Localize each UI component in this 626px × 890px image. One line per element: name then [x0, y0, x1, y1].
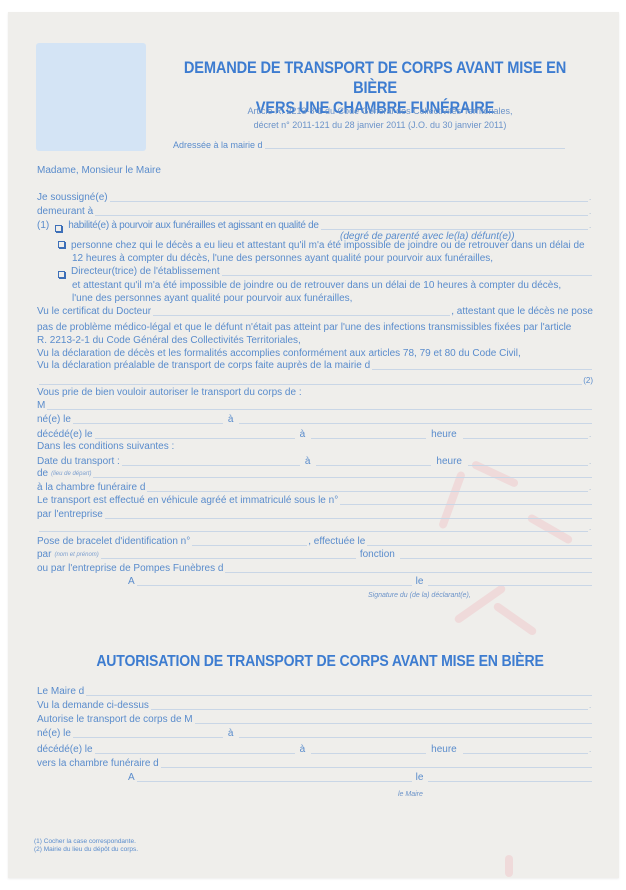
seen-request-field[interactable]	[151, 701, 588, 710]
vehicle-row: Le transport est effectué en véhicule ag…	[37, 494, 593, 507]
departure-field[interactable]	[93, 469, 592, 478]
auth-born-on-label: né(e) le	[37, 728, 71, 740]
auth-born-row: né(e) le à	[37, 727, 593, 740]
auth-date-field[interactable]	[428, 773, 592, 782]
transport-date-field[interactable]	[122, 457, 300, 466]
request-text: Vous prie de bien vouloir autoriser le t…	[37, 387, 302, 399]
auth-chamber-field[interactable]	[161, 759, 592, 768]
residing-row: demeurant à .	[37, 205, 593, 218]
funeral-company-label: ou par l'entreprise de Pompes Funèbres d	[37, 563, 223, 575]
auth-died-at-label: à	[300, 744, 306, 756]
certificate-row: Vu le certificat du Docteur , attestant …	[37, 305, 593, 318]
legal-reference-line2: décret n° 2011-121 du 28 janvier 2011 (J…	[200, 118, 560, 132]
born-at-label: à	[228, 414, 234, 426]
chamber-field[interactable]	[147, 483, 588, 492]
prior-declaration-field[interactable]	[372, 361, 592, 370]
bracelet-label: Pose de bracelet d'identification n°	[37, 536, 190, 548]
mayor-row: Le Maire d	[37, 685, 593, 698]
line-end-dot: .	[589, 220, 593, 232]
legal-reference-line1: Article R. 2213-8-1 du Code Général des …	[200, 104, 560, 118]
option3-line3: l'une des personnes ayant qualité pour p…	[72, 293, 352, 305]
born-row: né(e) le à	[37, 413, 593, 426]
photo-placeholder	[36, 43, 146, 151]
option3-label: Directeur(trice) de l'établissement	[71, 266, 220, 278]
line-end-dot: .	[589, 206, 593, 218]
place-date-row: A le	[128, 575, 593, 588]
line-end-dot: .	[589, 700, 593, 712]
doctor-field[interactable]	[153, 307, 450, 316]
prior-declaration-row: Vu la déclaration préalable de transport…	[37, 359, 593, 372]
auth-place-field[interactable]	[137, 773, 412, 782]
option2-line2: 12 heures à compter du décès, l'une des …	[72, 253, 493, 265]
auth-birth-place-field[interactable]	[239, 729, 592, 738]
function-field[interactable]	[400, 550, 592, 559]
residing-label: demeurant à	[37, 206, 93, 218]
death-place-field[interactable]	[311, 430, 426, 439]
transport-hour-field[interactable]	[468, 457, 588, 466]
watermark-mark	[505, 855, 513, 877]
auth-place-date-row: A le	[128, 771, 593, 784]
transport-place-field[interactable]	[316, 457, 431, 466]
deceased-name-row: M	[37, 399, 593, 412]
place-field[interactable]	[137, 577, 412, 586]
auth-hour-field[interactable]	[463, 745, 588, 754]
performed-on-label: , effectuée le	[308, 536, 365, 548]
birth-place-field[interactable]	[239, 415, 592, 424]
auth-chamber-row: vers la chambre funéraire d	[37, 757, 593, 770]
deceased-name-field[interactable]	[47, 401, 592, 410]
auth-death-place-field[interactable]	[311, 745, 426, 754]
chamber-row: à la chambre funéraire d .	[37, 481, 593, 494]
note-marker-1: (1)	[37, 220, 49, 232]
addressed-to-row: Adressée à la mairie d	[173, 138, 566, 151]
option3-field[interactable]	[222, 267, 592, 276]
seen-request-label: Vu la demande ci-dessus	[37, 700, 149, 712]
to-chamber-label: à la chambre funéraire d	[37, 482, 145, 494]
seen-request-row: Vu la demande ci-dessus .	[37, 699, 593, 712]
signature-declarant-label: Signature du (de la) déclarant(e),	[368, 590, 471, 602]
company-field-2[interactable]	[39, 523, 588, 532]
died-on-label: décédé(e) le	[37, 429, 93, 441]
mayor-field[interactable]	[86, 687, 592, 696]
auth-date-label: le	[416, 772, 424, 784]
undersigned-field[interactable]	[110, 193, 588, 202]
undersigned-row: Je soussigné(e) .	[37, 191, 593, 204]
signature-mayor-label: le Maire	[398, 789, 423, 801]
function-label: fonction	[360, 549, 395, 561]
bracelet-row: Pose de bracelet d'identification n° , e…	[37, 535, 593, 548]
option2-checkbox[interactable]	[58, 241, 65, 248]
funeral-company-field[interactable]	[225, 564, 592, 573]
company-label: par l'entreprise	[37, 509, 103, 521]
line-end-dot: .	[589, 192, 593, 204]
performed-date-field[interactable]	[367, 537, 592, 546]
legal-reference: Article R. 2213-8-1 du Code Général des …	[200, 104, 560, 132]
date-label: le	[416, 576, 424, 588]
place-label: A	[128, 576, 135, 588]
salutation: Madame, Monsieur le Maire	[37, 165, 161, 177]
residing-field[interactable]	[95, 207, 588, 216]
authorization-title: AUTORISATION DE TRANSPORT DE CORPS AVANT…	[91, 652, 549, 672]
from-hint: (lieu de départ)	[51, 468, 91, 480]
certificate-label: Vu le certificat du Docteur	[37, 306, 151, 318]
death-hour-label: heure	[431, 429, 457, 441]
from-label: de	[37, 468, 48, 480]
auth-birth-date-field[interactable]	[73, 729, 223, 738]
option1-field[interactable]	[321, 221, 588, 230]
auth-died-on-label: décédé(e) le	[37, 744, 93, 756]
prior-declaration-row2: (2)	[37, 374, 593, 387]
option3-checkbox[interactable]	[58, 271, 65, 278]
company-row-2: .	[37, 521, 593, 534]
option2-line1: personne chez qui le décès a eu lieu et …	[71, 240, 585, 251]
funeral-company-row: ou par l'entreprise de Pompes Funèbres d	[37, 562, 593, 575]
company-row: par l'entreprise	[37, 508, 593, 521]
by-hint: (nom et prénom)	[54, 549, 98, 561]
auth-born-at-label: à	[228, 728, 234, 740]
note-marker-2: (2)	[583, 375, 593, 387]
option1-checkbox[interactable]	[55, 225, 62, 232]
authorizes-label: Autorise le transport de corps de M	[37, 714, 193, 726]
auth-death-date-field[interactable]	[95, 745, 295, 754]
company-field[interactable]	[105, 510, 592, 519]
option3-row: Directeur(trice) de l'établissement	[58, 265, 593, 278]
line-end-dot: .	[589, 482, 593, 494]
line-end-dot: .	[589, 744, 593, 756]
option3-line2: et attestant qu'il m'a été impossible de…	[72, 280, 561, 292]
authorizes-row: Autorise le transport de corps de M	[37, 713, 593, 726]
auth-hour-label: heure	[431, 744, 457, 756]
vehicle-number-field[interactable]	[340, 496, 592, 505]
certificate-line2: pas de problème médico-légal et que le d…	[37, 322, 571, 334]
line-end-dot: .	[589, 522, 593, 534]
by-label: par	[37, 549, 51, 561]
auth-died-row: décédé(e) le à heure .	[37, 743, 593, 756]
bracelet-number-field[interactable]	[192, 537, 307, 546]
birth-date-field[interactable]	[73, 415, 223, 424]
performer-name-field[interactable]	[101, 550, 356, 559]
option1-label: habilité(e) à pourvoir aux funérailles e…	[68, 220, 318, 232]
vehicle-label: Le transport est effectué en véhicule ag…	[37, 495, 338, 507]
prior-declaration-field-2[interactable]	[39, 376, 582, 385]
form-title-line1: DEMANDE DE TRANSPORT DE CORPS AVANT MISE…	[182, 58, 569, 98]
addressed-to-field[interactable]	[265, 140, 565, 149]
performed-by-row: par (nom et prénom) fonction	[37, 548, 593, 561]
undersigned-label: Je soussigné(e)	[37, 192, 108, 204]
auth-to-chamber-label: vers la chambre funéraire d	[37, 758, 159, 770]
footnote-2: (2) Mairie du lieu du dépôt du corps.	[34, 846, 138, 854]
death-date-field[interactable]	[95, 430, 295, 439]
mayor-of-label: Le Maire d	[37, 686, 84, 698]
conditions-text: Dans les conditions suivantes :	[37, 441, 174, 453]
authorized-name-field[interactable]	[195, 715, 592, 724]
date-field[interactable]	[428, 577, 592, 586]
auth-place-label: A	[128, 772, 135, 784]
prior-declaration-label: Vu la déclaration préalable de transport…	[37, 360, 370, 372]
line-end-dot: .	[589, 429, 593, 441]
option2: personne chez qui le décès a eu lieu et …	[58, 240, 585, 252]
died-row: décédé(e) le à heure .	[37, 428, 593, 441]
departure-row: de (lieu de départ)	[37, 467, 593, 480]
certificate-line3: R. 2213-2-1 du Code Général des Collecti…	[37, 335, 301, 347]
mr-label: M	[37, 400, 45, 412]
footnote-1: (1) Cocher la case correspondante.	[34, 838, 136, 846]
addressed-to-label: Adressée à la mairie d	[173, 139, 263, 151]
death-hour-field[interactable]	[463, 430, 588, 439]
certificate-suffix: , attestant que le décès ne pose	[451, 306, 593, 318]
died-at-label: à	[300, 429, 306, 441]
born-on-label: né(e) le	[37, 414, 71, 426]
